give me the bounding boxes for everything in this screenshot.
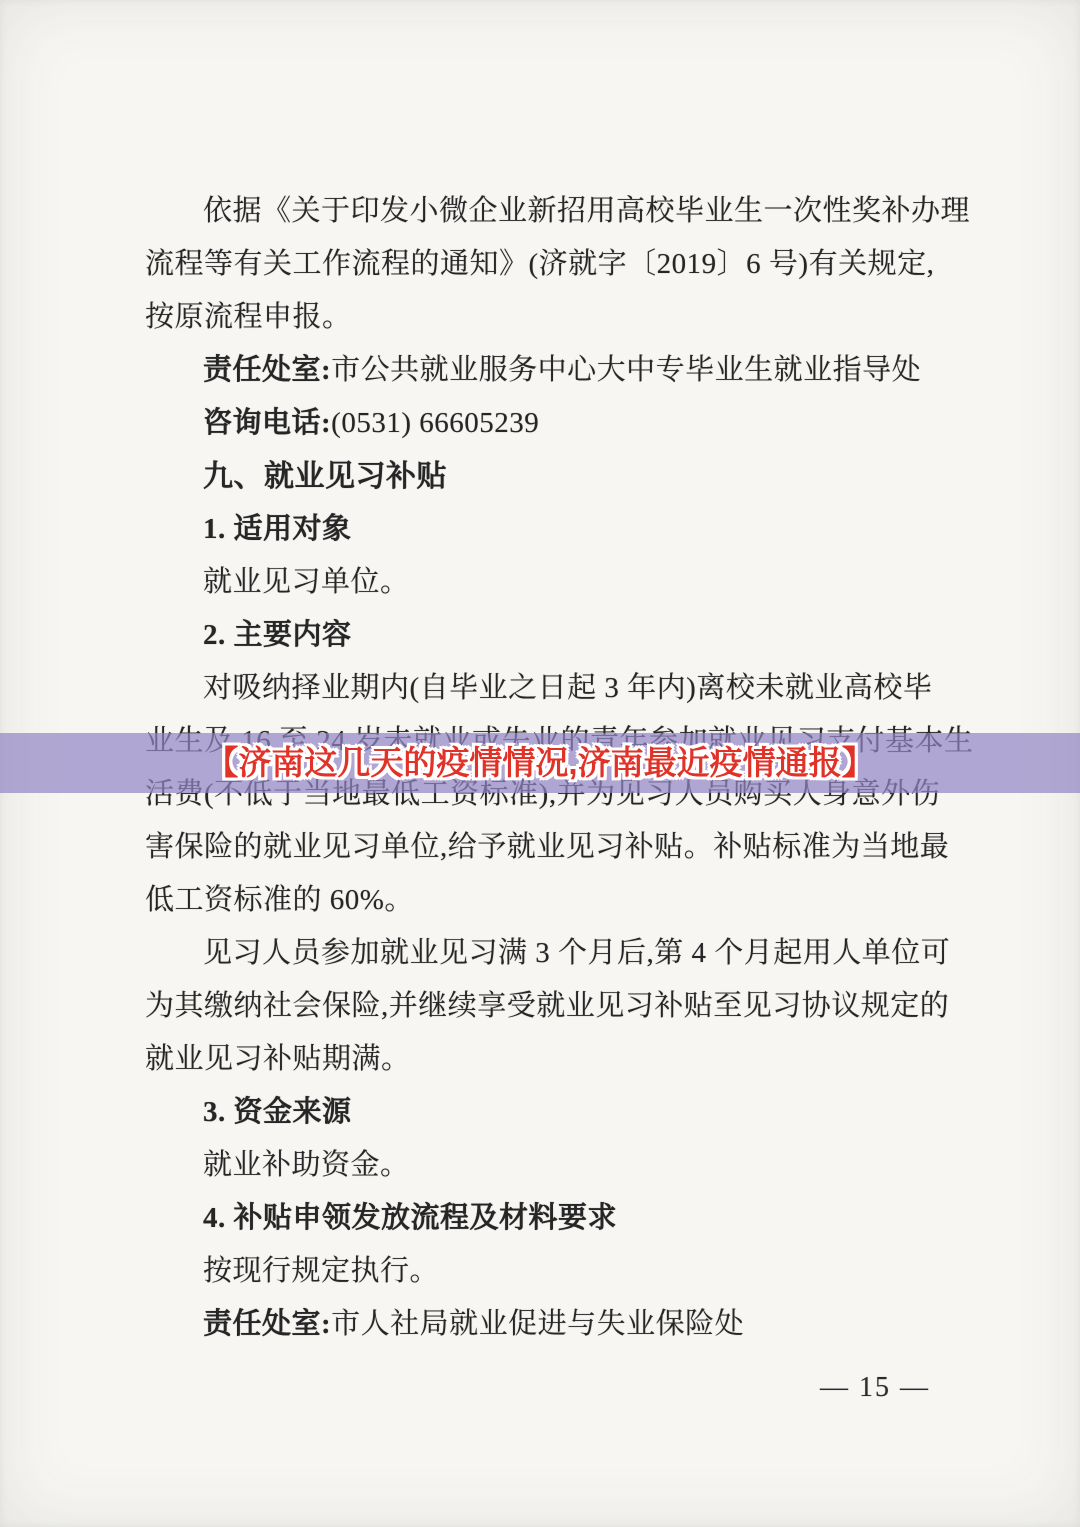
doc-line: 见习人员参加就业见习满 3 个月后,第 4 个月起用人单位可 — [145, 927, 945, 980]
doc-line-text: 就业见习补贴期满。 — [145, 1043, 411, 1075]
doc-line-text: 为其缴纳社会保险,并继续享受就业见习补贴至见习协议规定的 — [145, 990, 949, 1022]
doc-line-text: 4. 补贴申领发放流程及材料要求 — [203, 1202, 617, 1234]
doc-line-text: 按现行规定执行。 — [203, 1255, 439, 1287]
doc-line: 责任处室:市人社局就业促进与失业保险处 — [145, 1298, 945, 1351]
doc-line-text: 1. 适用对象 — [203, 513, 352, 545]
doc-line: 按现行规定执行。 — [145, 1245, 945, 1298]
doc-line-text: 流程等有关工作流程的通知》(济就字〔2019〕6 号)有关规定, — [145, 248, 934, 280]
doc-line-text: 依据《关于印发小微企业新招用高校毕业生一次性奖补办理 — [203, 195, 970, 227]
doc-line: 按原流程申报。 — [145, 291, 945, 344]
scanned-document-page: 依据《关于印发小微企业新招用高校毕业生一次性奖补办理流程等有关工作流程的通知》(… — [0, 0, 1080, 1527]
doc-line-label: 咨询电话: — [203, 407, 331, 439]
doc-line-text: 3. 资金来源 — [203, 1096, 352, 1128]
doc-line-text: 按原流程申报。 — [145, 301, 352, 333]
page-number: — 15 — — [810, 1364, 940, 1412]
doc-line: 害保险的就业见习单位,给予就业见习补贴。补贴标准为当地最 — [145, 821, 945, 874]
doc-line-text: 低工资标准的 60%。 — [145, 884, 414, 916]
doc-line: 责任处室:市公共就业服务中心大中专毕业生就业指导处 — [145, 344, 945, 397]
doc-line-text: 九、就业见习补贴 — [203, 460, 447, 493]
doc-line-label: 责任处室: — [203, 354, 331, 386]
doc-line-text: 害保险的就业见习单位,给予就业见习补贴。补贴标准为当地最 — [145, 831, 949, 863]
doc-line: 流程等有关工作流程的通知》(济就字〔2019〕6 号)有关规定, — [145, 238, 945, 291]
doc-line-text: 市公共就业服务中心大中专毕业生就业指导处 — [331, 354, 921, 386]
doc-line: 3. 资金来源 — [145, 1086, 945, 1139]
doc-line-text: 就业补助资金。 — [203, 1149, 410, 1181]
doc-line-text: 对吸纳择业期内(自毕业之日起 3 年内)离校未就业高校毕 — [203, 672, 932, 704]
doc-line: 就业补助资金。 — [145, 1139, 945, 1192]
doc-line: 为其缴纳社会保险,并继续享受就业见习补贴至见习协议规定的 — [145, 980, 945, 1033]
doc-line-text: 市人社局就业促进与失业保险处 — [331, 1308, 744, 1340]
doc-line-text: 2. 主要内容 — [203, 619, 352, 651]
overlay-banner-headline: 【济南这几天的疫情情况,济南最近疫情通报】 — [0, 733, 1080, 793]
doc-line: 4. 补贴申领发放流程及材料要求 — [145, 1192, 945, 1245]
doc-line: 九、就业见习补贴 — [145, 450, 945, 503]
doc-line: 2. 主要内容 — [145, 609, 945, 662]
doc-line-text: 就业见习单位。 — [203, 566, 410, 598]
doc-line-text: 见习人员参加就业见习满 3 个月后,第 4 个月起用人单位可 — [203, 937, 950, 969]
doc-line-label: 责任处室: — [203, 1308, 331, 1340]
doc-line: 依据《关于印发小微企业新招用高校毕业生一次性奖补办理 — [145, 185, 945, 238]
doc-line-text: (0531) 66605239 — [331, 407, 539, 439]
doc-line: 对吸纳择业期内(自毕业之日起 3 年内)离校未就业高校毕 — [145, 662, 945, 715]
doc-line: 就业见习补贴期满。 — [145, 1033, 945, 1086]
doc-line: 咨询电话:(0531) 66605239 — [145, 397, 945, 450]
doc-line: 1. 适用对象 — [145, 503, 945, 556]
doc-line: 就业见习单位。 — [145, 556, 945, 609]
doc-line: 低工资标准的 60%。 — [145, 874, 945, 927]
